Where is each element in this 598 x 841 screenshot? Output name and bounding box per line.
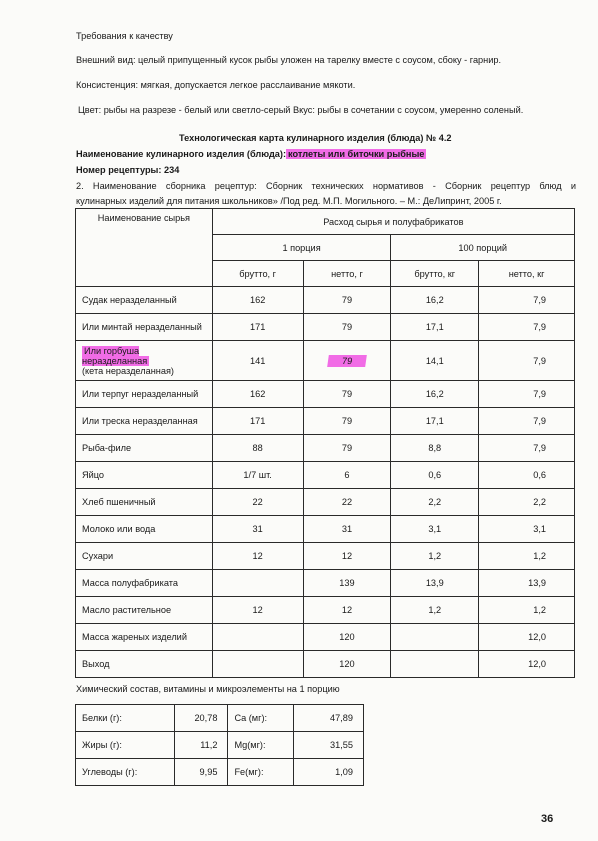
cell-net-g: 79 xyxy=(303,341,391,381)
cell-net-g: 22 xyxy=(303,489,391,516)
ingredient-name: Масло растительное xyxy=(76,597,213,624)
header-gross-g: брутто, г xyxy=(212,261,303,287)
cell-gross-g: 1/7 шт. xyxy=(212,462,303,489)
ingredient-name: Хлеб пшеничный xyxy=(76,489,213,516)
cell-gross-kg: 16,2 xyxy=(391,287,479,314)
cell-gross-kg: 14,1 xyxy=(391,341,479,381)
cell-net-kg: 1,2 xyxy=(479,543,575,570)
table-row: Молоко или вода31313,13,1 xyxy=(76,516,575,543)
cell-gross-g: 162 xyxy=(212,287,303,314)
cell-gross-kg: 0,6 xyxy=(391,462,479,489)
cell-gross-kg: 2,2 xyxy=(391,489,479,516)
ingredient-name-text: Молоко или вода xyxy=(82,524,155,534)
chem-value2: 31,55 xyxy=(294,732,364,759)
table-row: Или минтай неразделанный1717917,17,9 xyxy=(76,314,575,341)
ingredient-name: Сухари xyxy=(76,543,213,570)
ingredient-name: Масса полуфабриката xyxy=(76,570,213,597)
cell-net-g: 79 xyxy=(303,381,391,408)
chem-label1: Жиры (г): xyxy=(76,732,175,759)
ingredient-name: Судак неразделанный xyxy=(76,287,213,314)
cell-gross-g: 12 xyxy=(212,543,303,570)
chem-value2: 1,09 xyxy=(294,759,364,786)
cell-gross-g xyxy=(212,570,303,597)
cell-gross-g: 171 xyxy=(212,408,303,435)
chem-value1: 11,2 xyxy=(174,732,228,759)
ingredient-name-text: Яйцо xyxy=(82,470,104,480)
cell-gross-g: 171 xyxy=(212,314,303,341)
cell-net-kg: 7,9 xyxy=(479,435,575,462)
cell-net-kg: 0,6 xyxy=(479,462,575,489)
cell-gross-g: 31 xyxy=(212,516,303,543)
cell-gross-g: 12 xyxy=(212,597,303,624)
header-net-g: нетто, г xyxy=(303,261,391,287)
ingredient-name-text: Сухари xyxy=(82,551,113,561)
dish-line: Наименование кулинарного изделия (блюда)… xyxy=(76,149,426,159)
chemistry-table: Белки (г):20,78Ca (мг):47,89Жиры (г):11,… xyxy=(75,704,364,786)
cell-gross-g xyxy=(212,651,303,678)
table-row: Или терпуг неразделанный1627916,27,9 xyxy=(76,381,575,408)
cell-net-kg: 7,9 xyxy=(479,341,575,381)
page-number: 36 xyxy=(541,813,553,825)
header-consumption: Расход сырья и полуфабрикатов xyxy=(212,209,574,235)
cell-net-kg: 13,9 xyxy=(479,570,575,597)
cell-net-g: 31 xyxy=(303,516,391,543)
cell-net-kg: 12,0 xyxy=(479,624,575,651)
header-gross-kg: брутто, кг xyxy=(391,261,479,287)
header-one-portion: 1 порция xyxy=(212,235,391,261)
cell-gross-g: 162 xyxy=(212,381,303,408)
chemistry-row: Жиры (г):11,2Mg(мг):31,55 xyxy=(76,732,364,759)
table-row: Яйцо1/7 шт.60,60,6 xyxy=(76,462,575,489)
cell-net-kg: 7,9 xyxy=(479,314,575,341)
cell-net-g: 120 xyxy=(303,651,391,678)
cell-gross-kg: 8,8 xyxy=(391,435,479,462)
ingredient-name-text: Масса жареных изделий xyxy=(82,632,187,642)
cell-gross-kg xyxy=(391,624,479,651)
cell-net-g: 139 xyxy=(303,570,391,597)
ingredients-table: Наименование сырья Расход сырья и полуфа… xyxy=(75,208,575,678)
cell-net-kg: 2,2 xyxy=(479,489,575,516)
table-row: Судак неразделанный1627916,27,9 xyxy=(76,287,575,314)
chem-value1: 9,95 xyxy=(174,759,228,786)
cell-net-kg: 7,9 xyxy=(479,287,575,314)
cell-net-g: 12 xyxy=(303,543,391,570)
chem-label2: Mg(мг): xyxy=(228,732,294,759)
ingredient-name: Молоко или вода xyxy=(76,516,213,543)
dish-name-highlighted: котлеты или биточки рыбные xyxy=(286,149,426,159)
recipe-number: Номер рецептуры: 234 xyxy=(76,165,179,175)
cell-net-g: 79 xyxy=(303,287,391,314)
quality-title: Требования к качеству xyxy=(76,31,173,41)
cell-gross-kg: 1,2 xyxy=(391,597,479,624)
ingredient-name-text: Хлеб пшеничный xyxy=(82,497,156,507)
chem-label2: Fe(мг): xyxy=(228,759,294,786)
ingredient-name-text: Судак неразделанный xyxy=(82,295,177,305)
cell-net-kg: 3,1 xyxy=(479,516,575,543)
ingredient-name-text: Или минтай неразделанный xyxy=(82,322,202,332)
ingredient-name-text: Или горбуша неразделанная xyxy=(82,346,149,366)
cell-net-g: 79 xyxy=(303,435,391,462)
ingredient-name: Или минтай неразделанный xyxy=(76,314,213,341)
ingredient-name-text: Масса полуфабриката xyxy=(82,578,178,588)
chemistry-title: Химический состав, витамины и микроэлеме… xyxy=(76,684,340,694)
document-page: Требования к качеству Внешний вид: целый… xyxy=(0,0,598,841)
ingredient-name-text: Рыба-филе xyxy=(82,443,131,453)
header-raw-name: Наименование сырья xyxy=(76,209,213,287)
cell-gross-kg: 17,1 xyxy=(391,314,479,341)
table-row: Масса полуфабриката13913,913,9 xyxy=(76,570,575,597)
cell-gross-g xyxy=(212,624,303,651)
ingredient-name-text: Или треска неразделанная xyxy=(82,416,198,426)
cell-net-g: 6 xyxy=(303,462,391,489)
chem-value1: 20,78 xyxy=(174,705,228,732)
cell-net-g: 79 xyxy=(303,314,391,341)
cell-net-kg: 1,2 xyxy=(479,597,575,624)
table-row: Масса жареных изделий12012,0 xyxy=(76,624,575,651)
cell-gross-g: 88 xyxy=(212,435,303,462)
collection-line-1: 2. Наименование сборника рецептур: Сборн… xyxy=(76,181,576,191)
cell-gross-kg: 16,2 xyxy=(391,381,479,408)
cell-gross-kg: 3,1 xyxy=(391,516,479,543)
quality-color-taste: Цвет: рыбы на разрезе - белый или светло… xyxy=(78,105,523,115)
cell-net-g: 12 xyxy=(303,597,391,624)
cell-net-g: 120 xyxy=(303,624,391,651)
ingredient-name: Яйцо xyxy=(76,462,213,489)
chem-label2: Ca (мг): xyxy=(228,705,294,732)
chemistry-row: Белки (г):20,78Ca (мг):47,89 xyxy=(76,705,364,732)
header-hundred-portions: 100 порций xyxy=(391,235,575,261)
ingredient-name: Выход xyxy=(76,651,213,678)
chem-value2: 47,89 xyxy=(294,705,364,732)
cell-gross-kg: 13,9 xyxy=(391,570,479,597)
chem-label1: Белки (г): xyxy=(76,705,175,732)
table-row: Или треска неразделанная1717917,17,9 xyxy=(76,408,575,435)
header-net-kg: нетто, кг xyxy=(479,261,575,287)
table-row: Хлеб пшеничный22222,22,2 xyxy=(76,489,575,516)
ingredient-name-text: Выход xyxy=(82,659,110,669)
quality-consistency: Консистенция: мягкая, допускается легкое… xyxy=(76,80,355,90)
cell-gross-kg: 1,2 xyxy=(391,543,479,570)
chem-label1: Углеводы (г): xyxy=(76,759,175,786)
table-row: Выход12012,0 xyxy=(76,651,575,678)
chemistry-row: Углеводы (г):9,95Fe(мг):1,09 xyxy=(76,759,364,786)
table-row: Или горбуша неразделанная(кета нераздела… xyxy=(76,341,575,381)
table-row: Масло растительное12121,21,2 xyxy=(76,597,575,624)
collection-line-2: кулинарных изделий для питания школьнико… xyxy=(76,196,502,206)
cell-net-kg: 7,9 xyxy=(479,408,575,435)
cell-net-kg: 7,9 xyxy=(479,381,575,408)
ingredient-name-text: Масло растительное xyxy=(82,605,171,615)
ingredient-name-text: Или терпуг неразделанный xyxy=(82,389,198,399)
card-title: Технологическая карта кулинарного издели… xyxy=(179,133,452,143)
cell-gross-kg: 17,1 xyxy=(391,408,479,435)
ingredient-name-sub: (кета неразделанная) xyxy=(82,366,174,376)
ingredient-name: Или горбуша неразделанная(кета нераздела… xyxy=(76,341,213,381)
ingredient-name: Рыба-филе xyxy=(76,435,213,462)
ingredient-name: Или треска неразделанная xyxy=(76,408,213,435)
table-row: Рыба-филе88798,87,9 xyxy=(76,435,575,462)
cell-gross-g: 141 xyxy=(212,341,303,381)
dish-label: Наименование кулинарного изделия (блюда)… xyxy=(76,149,286,159)
cell-net-g: 79 xyxy=(303,408,391,435)
quality-appearance: Внешний вид: целый припущенный кусок рыб… xyxy=(76,55,501,65)
table-row: Сухари12121,21,2 xyxy=(76,543,575,570)
ingredient-name: Или терпуг неразделанный xyxy=(76,381,213,408)
cell-gross-kg xyxy=(391,651,479,678)
cell-net-kg: 12,0 xyxy=(479,651,575,678)
cell-gross-g: 22 xyxy=(212,489,303,516)
ingredient-name: Масса жареных изделий xyxy=(76,624,213,651)
